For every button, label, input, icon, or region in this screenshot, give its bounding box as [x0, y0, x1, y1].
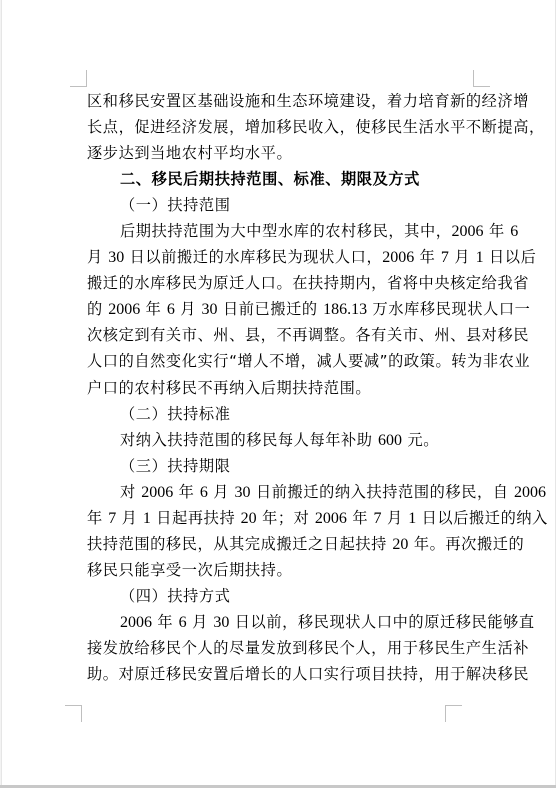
number-text: 6 — [510, 223, 518, 240]
text-line: 年 7 月 1 日起再扶持 20 年；对 2006 年 7 月 1 日以后搬迁的… — [87, 505, 477, 531]
section-heading: 二、移民后期扶持范围、标准、期限及方式 — [87, 166, 477, 192]
number-text: 20 — [241, 510, 257, 527]
subsection-heading: （一）扶持范围 — [87, 192, 477, 218]
number-text: 2006 — [108, 301, 140, 318]
number-text: 7 — [374, 510, 382, 527]
number-text: 2006 — [382, 249, 414, 266]
number-text: 2006 — [315, 510, 347, 527]
text-line: 助。对原迁移民安置后增长的人口实行项目扶持，用于解决移民 — [87, 661, 477, 687]
number-text: 186.13 — [323, 301, 367, 318]
text-line: 接发放给移民个人的尽量发放到移民个人，用于移民生产生活补 — [87, 635, 477, 661]
text-line: 人口的自然变化实行“增人不增，减人要减”的政策。转为非农业 — [87, 348, 477, 374]
text-line: 月 30 日以前搬迁的水库移民为现状人口，2006 年 7 月 1 日以后 — [87, 244, 477, 270]
number-text: 30 — [235, 484, 251, 501]
text-line: 长点，促进经济发展，增加移民收入，使移民生活水平不断提高， — [87, 114, 477, 140]
number-text: 6 — [167, 301, 175, 318]
number-text: 30 — [108, 249, 124, 266]
text-line: 移民只能享受一次后期扶持。 — [87, 557, 477, 583]
crop-mark-bottom-left — [65, 705, 82, 722]
number-text: 2006 — [514, 484, 546, 501]
number-text: 1 — [408, 510, 416, 527]
number-text: 2006 — [120, 614, 152, 631]
text-line: 户口的农村移民不再纳入后期扶持范围。 — [87, 375, 477, 401]
subsection-heading: （三）扶持期限 — [87, 453, 477, 479]
number-text: 1 — [476, 249, 484, 266]
text-line: 的 2006 年 6 月 30 日前已搬迁的 186.13 万水库移民现状人口一 — [87, 296, 477, 322]
number-text: 600 — [378, 432, 402, 449]
number-text: 20 — [392, 536, 408, 553]
text-line: 次核定到有关市、州、县，不再调整。各有关市、州、县对移民 — [87, 322, 477, 348]
text-line: 逐步达到当地农村平均水平。 — [87, 140, 477, 166]
text-line: 后期扶持范围为大中型水库的农村移民，其中，2006 年 6 — [87, 218, 477, 244]
document-page: 区和移民安置区基础设施和生态环境建设，着力培育新的经济增 长点，促进经济发展，增… — [1, 0, 556, 785]
number-text: 6 — [179, 614, 187, 631]
crop-mark-bottom-right — [445, 705, 462, 722]
text-line: 区和移民安置区基础设施和生态环境建设，着力培育新的经济增 — [87, 88, 477, 114]
number-text: 7 — [441, 249, 449, 266]
crop-mark-top-right — [473, 70, 490, 87]
text-line: 扶持范围的移民，从其完成搬迁之日起扶持 20 年。再次搬迁的 — [87, 531, 477, 557]
text-line: 2006 年 6 月 30 日以前，移民现状人口中的原迁移民能够直 — [87, 609, 477, 635]
text-line: 对纳入扶持范围的移民每人每年补助 600 元。 — [87, 427, 477, 453]
number-text: 2006 — [452, 223, 484, 240]
number-text: 7 — [108, 510, 116, 527]
document-body[interactable]: 区和移民安置区基础设施和生态环境建设，着力培育新的经济增 长点，促进经济发展，增… — [87, 88, 477, 687]
number-text: 30 — [202, 301, 218, 318]
number-text: 30 — [213, 614, 229, 631]
subsection-heading: （四）扶持方式 — [87, 583, 477, 609]
number-text: 1 — [143, 510, 151, 527]
crop-mark-top-left — [70, 70, 87, 87]
subsection-heading: （二）扶持标准 — [87, 401, 477, 427]
number-text: 6 — [200, 484, 208, 501]
text-line: 对 2006 年 6 月 30 日前搬迁的纳入扶持范围的移民，自 2006 — [87, 479, 477, 505]
number-text: 2006 — [141, 484, 173, 501]
text-line: 搬迁的水库移民为原迁人口。在扶持期内，省将中央核定给我省 — [87, 270, 477, 296]
